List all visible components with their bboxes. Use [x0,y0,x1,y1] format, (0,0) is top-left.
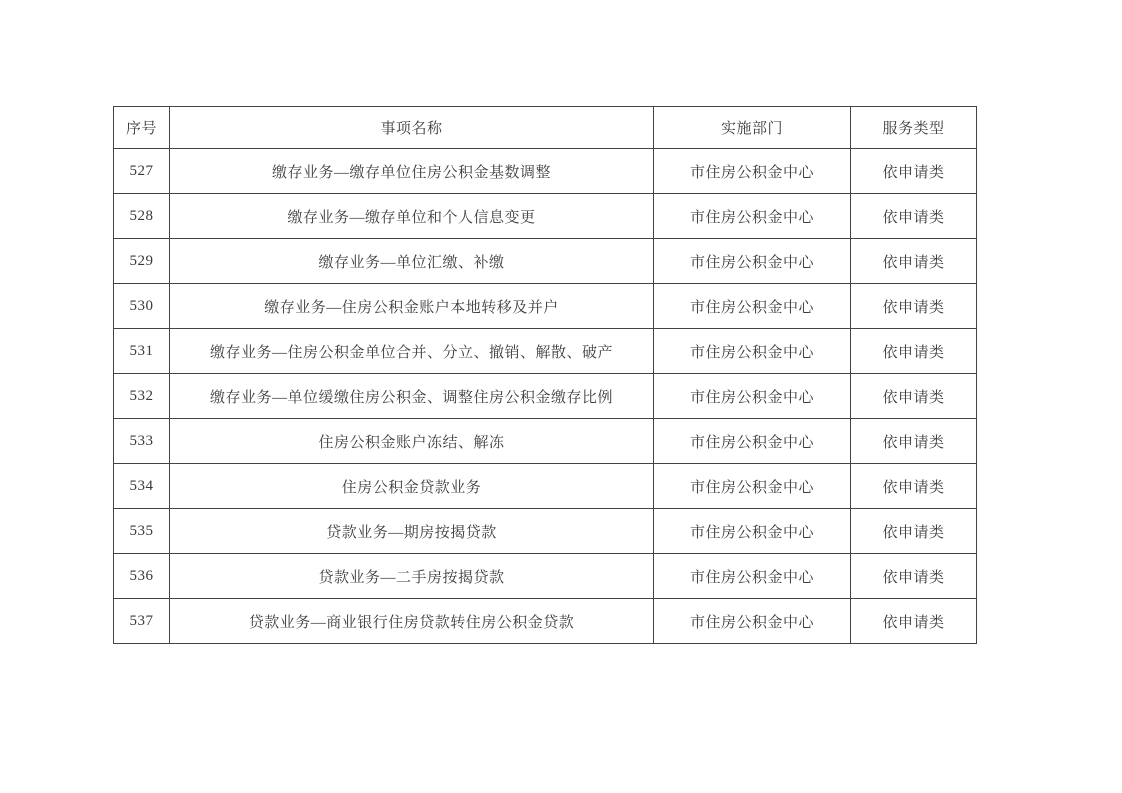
cell-dept: 市住房公积金中心 [654,374,851,419]
cell-type: 依申请类 [851,374,977,419]
cell-no: 534 [114,464,170,509]
table-row: 534 住房公积金贷款业务 市住房公积金中心 依申请类 [114,464,977,509]
cell-no: 537 [114,599,170,644]
table-row: 535 贷款业务—期房按揭贷款 市住房公积金中心 依申请类 [114,509,977,554]
table-body: 527 缴存业务—缴存单位住房公积金基数调整 市住房公积金中心 依申请类 528… [114,149,977,644]
cell-type: 依申请类 [851,554,977,599]
cell-dept: 市住房公积金中心 [654,464,851,509]
cell-type: 依申请类 [851,149,977,194]
table-row: 530 缴存业务—住房公积金账户本地转移及并户 市住房公积金中心 依申请类 [114,284,977,329]
cell-type: 依申请类 [851,419,977,464]
table-row: 528 缴存业务—缴存单位和个人信息变更 市住房公积金中心 依申请类 [114,194,977,239]
table-row: 533 住房公积金账户冻结、解冻 市住房公积金中心 依申请类 [114,419,977,464]
header-type: 服务类型 [851,107,977,149]
table-row: 531 缴存业务—住房公积金单位合并、分立、撤销、解散、破产 市住房公积金中心 … [114,329,977,374]
table-row: 532 缴存业务—单位缓缴住房公积金、调整住房公积金缴存比例 市住房公积金中心 … [114,374,977,419]
cell-name: 缴存业务—缴存单位和个人信息变更 [170,194,654,239]
cell-name: 贷款业务—二手房按揭贷款 [170,554,654,599]
header-dept: 实施部门 [654,107,851,149]
header-name: 事项名称 [170,107,654,149]
cell-name: 贷款业务—期房按揭贷款 [170,509,654,554]
cell-name: 缴存业务—缴存单位住房公积金基数调整 [170,149,654,194]
cell-dept: 市住房公积金中心 [654,419,851,464]
cell-no: 530 [114,284,170,329]
cell-type: 依申请类 [851,239,977,284]
table-row: 536 贷款业务—二手房按揭贷款 市住房公积金中心 依申请类 [114,554,977,599]
cell-dept: 市住房公积金中心 [654,329,851,374]
cell-type: 依申请类 [851,284,977,329]
cell-type: 依申请类 [851,194,977,239]
cell-dept: 市住房公积金中心 [654,599,851,644]
header-no: 序号 [114,107,170,149]
table-row: 527 缴存业务—缴存单位住房公积金基数调整 市住房公积金中心 依申请类 [114,149,977,194]
cell-name: 缴存业务—住房公积金账户本地转移及并户 [170,284,654,329]
cell-dept: 市住房公积金中心 [654,194,851,239]
cell-no: 529 [114,239,170,284]
cell-type: 依申请类 [851,509,977,554]
cell-name: 住房公积金账户冻结、解冻 [170,419,654,464]
cell-dept: 市住房公积金中心 [654,554,851,599]
table-row: 537 贷款业务—商业银行住房贷款转住房公积金贷款 市住房公积金中心 依申请类 [114,599,977,644]
cell-no: 533 [114,419,170,464]
cell-no: 536 [114,554,170,599]
cell-no: 528 [114,194,170,239]
cell-no: 527 [114,149,170,194]
cell-type: 依申请类 [851,329,977,374]
cell-dept: 市住房公积金中心 [654,149,851,194]
cell-dept: 市住房公积金中心 [654,284,851,329]
cell-name: 住房公积金贷款业务 [170,464,654,509]
cell-name: 贷款业务—商业银行住房贷款转住房公积金贷款 [170,599,654,644]
table-header-row: 序号 事项名称 实施部门 服务类型 [114,107,977,149]
cell-type: 依申请类 [851,599,977,644]
service-items-table: 序号 事项名称 实施部门 服务类型 527 缴存业务—缴存单位住房公积金基数调整… [113,106,977,644]
cell-name: 缴存业务—单位缓缴住房公积金、调整住房公积金缴存比例 [170,374,654,419]
document-page: 序号 事项名称 实施部门 服务类型 527 缴存业务—缴存单位住房公积金基数调整… [0,0,1122,793]
cell-no: 532 [114,374,170,419]
cell-dept: 市住房公积金中心 [654,509,851,554]
cell-no: 535 [114,509,170,554]
cell-name: 缴存业务—单位汇缴、补缴 [170,239,654,284]
cell-type: 依申请类 [851,464,977,509]
table-header: 序号 事项名称 实施部门 服务类型 [114,107,977,149]
cell-no: 531 [114,329,170,374]
table-row: 529 缴存业务—单位汇缴、补缴 市住房公积金中心 依申请类 [114,239,977,284]
cell-dept: 市住房公积金中心 [654,239,851,284]
cell-name: 缴存业务—住房公积金单位合并、分立、撤销、解散、破产 [170,329,654,374]
